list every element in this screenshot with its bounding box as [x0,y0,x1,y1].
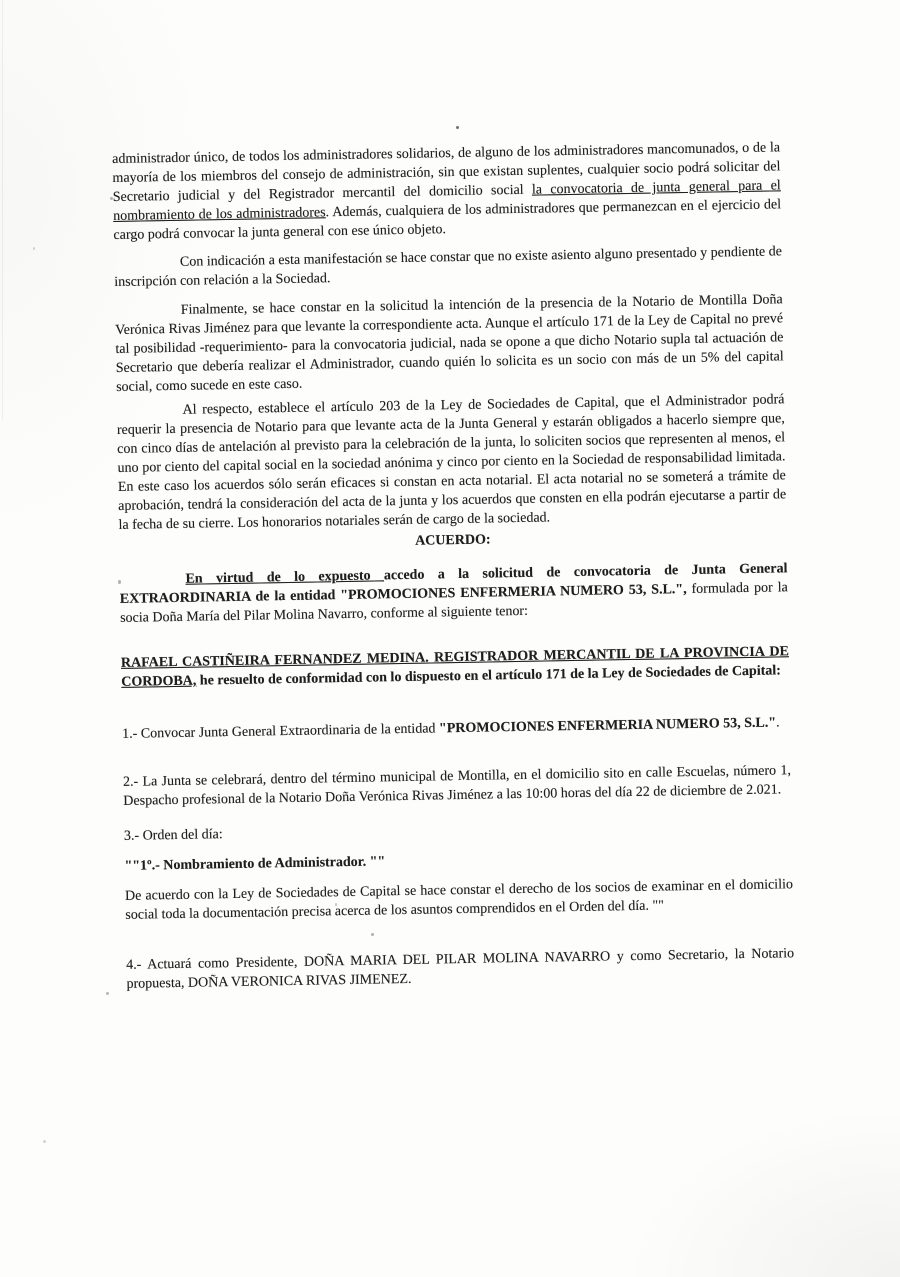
agenda-item-nombramiento: ""1º.- Nombramiento de Administrador. "" [124,845,792,876]
document-text-block: administrador único, de todos los admini… [112,138,795,994]
scan-speck [33,247,35,250]
company-name: "PROMOCIONES ENFERMERIA NUMERO 53, S.L." [439,715,776,736]
list-item-2-celebracion: 2.- La Junta se celebrará, dentro del té… [123,761,792,811]
paragraph-manifestation: Con indicación a esta manifestación se h… [114,242,783,292]
scan-speck [106,992,109,995]
paragraph-agenda-note: De acuerdo con la Ley de Sociedades de C… [125,875,794,925]
item1-period: . [776,715,780,730]
paragraph-text: administrador único, de todos los admini… [112,140,780,205]
scan-speck [456,126,459,129]
list-item-4-presidente-secretario: 4.- Actuará como Presidente, DOÑA MARIA … [126,944,795,994]
list-item-1-convocar: 1.- Convocar Junta General Extraordinari… [122,713,790,744]
resolution-lead-underlined: En virtud de lo expuesto [185,568,384,586]
paragraph-article-203: Al respecto, establece el artículo 203 d… [116,390,786,535]
list-item-3-orden-del-dia: 3.- Orden del día: [124,815,792,846]
paragraph-convocatoria-continuation: administrador único, de todos los admini… [112,138,782,245]
item1-text: 1.- Convocar Junta General Extraordinari… [122,721,439,742]
scan-edge-artifact [2,0,3,420]
paragraph-resolution: En virtud de lo expuesto accedo a la sol… [119,559,788,628]
paragraph-notary-presence: Finalmente, se hace constar en la solici… [115,290,785,397]
scan-speck [43,1140,46,1143]
paragraph-registrar: RAFAEL CASTIÑEIRA FERNANDEZ MEDINA. REGI… [121,642,790,692]
scanned-document-page: administrador único, de todos los admini… [0,0,900,1277]
